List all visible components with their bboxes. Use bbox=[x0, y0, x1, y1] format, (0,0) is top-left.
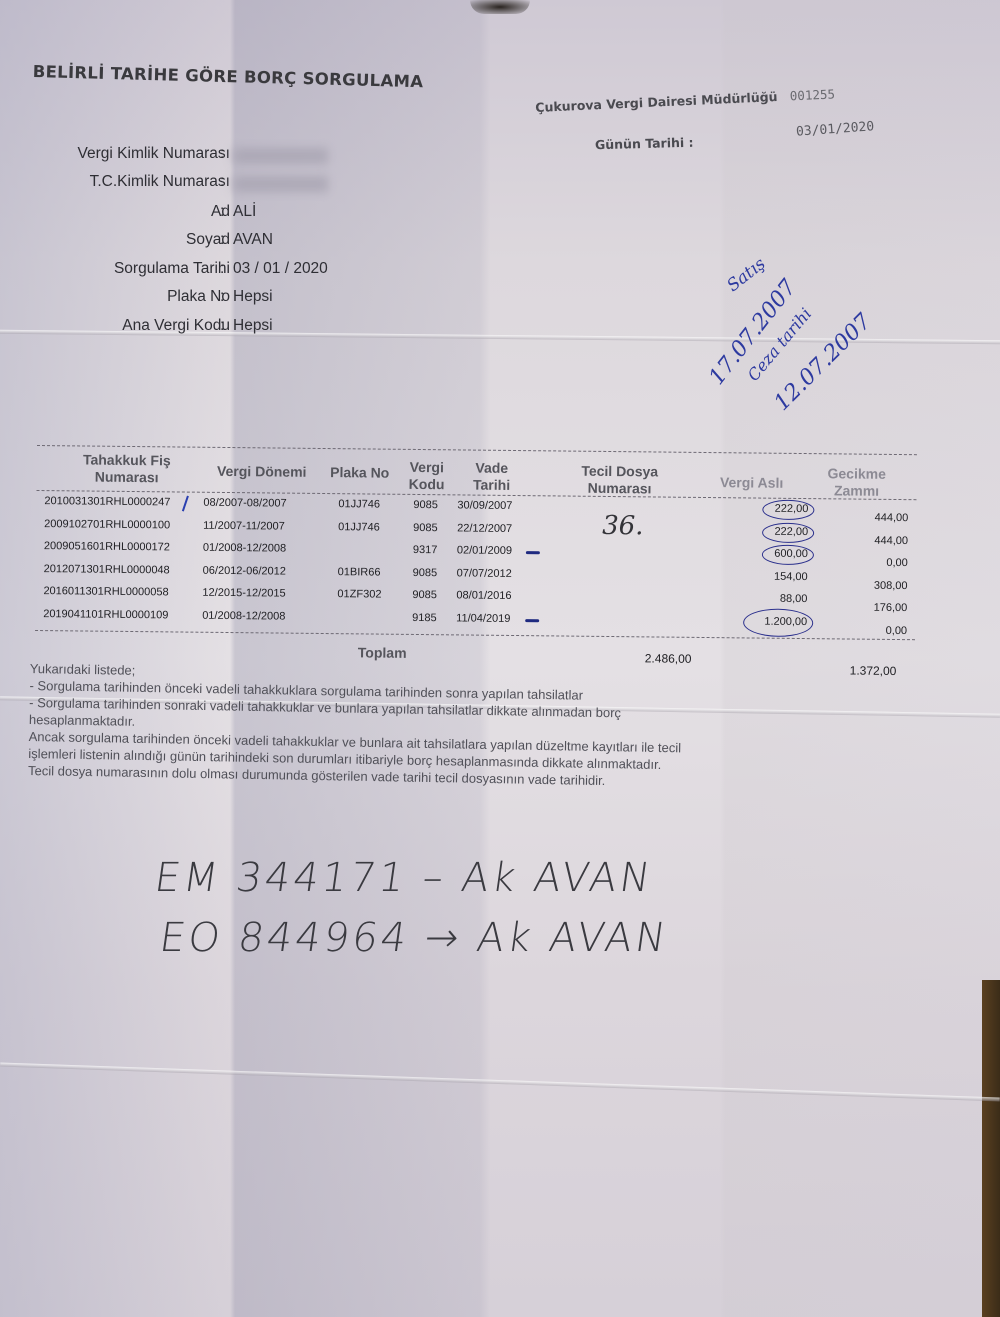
header-vade-line1: Vade bbox=[457, 459, 527, 477]
header-kod: VergiKodu bbox=[397, 459, 457, 494]
info-row: Plaka No:Hepsi bbox=[20, 288, 420, 312]
finger-shadow bbox=[470, 0, 530, 14]
header-plaka: Plaka No bbox=[320, 464, 400, 482]
cell-donem: 01/2008-12/2008 bbox=[203, 542, 286, 555]
cell-donem: 06/2012-06/2012 bbox=[203, 564, 286, 577]
cell-zam: 444,00 bbox=[875, 512, 909, 524]
header-vade: VadeTarihi bbox=[457, 459, 527, 494]
plate-number: EO 844964 bbox=[157, 915, 413, 961]
cell-fis-no: 2019041101RHL0000109 bbox=[43, 608, 168, 621]
pen-dash-mark bbox=[525, 619, 539, 622]
background-edge bbox=[982, 980, 1000, 1317]
cell-donem: 11/2007-11/2007 bbox=[203, 519, 285, 532]
total-vergi-asli: 2.486,00 bbox=[645, 651, 692, 665]
header-zam-line1: Gecikme bbox=[812, 465, 902, 483]
cell-vade: 02/01/2009 bbox=[457, 544, 512, 557]
info-row: Sorgulama Tarihi:03 / 01 / 2020 bbox=[20, 260, 420, 284]
header-vade-line2: Tarihi bbox=[457, 476, 527, 494]
handwritten-tecil-number: 36. bbox=[602, 511, 644, 541]
info-value: 03 / 01 / 2020 bbox=[233, 260, 328, 278]
separator: → bbox=[422, 915, 465, 961]
header-donem: Vergi Dönemi bbox=[202, 463, 322, 481]
info-row: T.C.Kimlik Numarası: bbox=[20, 173, 420, 197]
cell-vade: 08/01/2016 bbox=[456, 589, 511, 602]
cell-asli: 154,00 bbox=[774, 570, 808, 582]
notes-section: Yukarıdaki listede;- Sorgulama tarihinde… bbox=[28, 660, 910, 794]
cell-plaka: 01ZF302 bbox=[337, 588, 381, 600]
cell-asli: 88,00 bbox=[780, 593, 808, 605]
info-value: Hepsi bbox=[233, 317, 273, 335]
info-colon: : bbox=[220, 203, 224, 221]
cell-plaka: 01BIR66 bbox=[338, 566, 381, 578]
cell-plaka: 01JJ746 bbox=[338, 521, 380, 533]
header-fis-no-line2: Numarası bbox=[47, 468, 207, 487]
header-asli: Vergi Aslı bbox=[707, 474, 797, 492]
handwritten-plate-line: EM 344171 – Ak AVAN bbox=[152, 855, 656, 901]
info-row: Ad:ALİ bbox=[20, 203, 420, 227]
header-tecil-line1: Tecil Dosya bbox=[555, 462, 685, 480]
redacted-value bbox=[233, 176, 328, 192]
pen-circle-mark bbox=[743, 608, 813, 637]
header-kod-line2: Kodu bbox=[397, 476, 457, 494]
pen-circle-mark bbox=[762, 500, 814, 521]
cell-fis-no: 2009051601RHL0000172 bbox=[44, 540, 170, 553]
todays-date-label: Günün Tarihi : bbox=[595, 135, 694, 153]
info-colon: : bbox=[220, 317, 224, 335]
cell-fis-no: 2016011301RHL0000058 bbox=[43, 585, 168, 598]
info-colon: : bbox=[220, 288, 224, 306]
owner-name: Ak AVAN bbox=[458, 855, 656, 901]
cell-donem: 12/2015-12/2015 bbox=[202, 587, 285, 600]
info-value: AVAN bbox=[233, 231, 273, 249]
cell-vade: 11/04/2019 bbox=[456, 612, 510, 625]
cell-zam: 0,00 bbox=[886, 624, 908, 636]
cell-zam: 444,00 bbox=[874, 534, 908, 546]
pen-circle-mark bbox=[762, 545, 814, 566]
separator: – bbox=[420, 855, 449, 901]
info-label: Vergi Kimlik Numarası bbox=[78, 145, 230, 163]
cell-vade: 07/07/2012 bbox=[457, 567, 512, 580]
info-row: Vergi Kimlik Numarası: bbox=[20, 145, 420, 169]
cell-kod: 9317 bbox=[413, 544, 438, 556]
cell-vade: 22/12/2007 bbox=[457, 522, 512, 535]
cell-fis-no: 2012071301RHL0000048 bbox=[44, 563, 170, 576]
cell-kod: 9085 bbox=[413, 566, 438, 578]
handwritten-plate-line: EO 844964 → Ak AVAN bbox=[157, 915, 672, 961]
cell-kod: 9185 bbox=[412, 611, 437, 623]
header-fis-no-line1: Tahakkuk Fiş bbox=[47, 451, 207, 470]
info-value: Hepsi bbox=[233, 288, 273, 306]
cell-zam: 176,00 bbox=[874, 602, 908, 614]
pen-dash-mark bbox=[526, 551, 540, 554]
plate-number: EM 344171 bbox=[152, 855, 411, 901]
info-colon: : bbox=[220, 231, 224, 249]
pen-circle-mark bbox=[762, 522, 814, 543]
header-fis-no: Tahakkuk FişNumarası bbox=[47, 451, 207, 487]
cell-kod: 9085 bbox=[413, 521, 438, 533]
cell-kod: 9085 bbox=[412, 589, 437, 601]
paper-background bbox=[0, 0, 1000, 1317]
info-row: Soyad:AVAN bbox=[20, 231, 420, 255]
header-kod-line1: Vergi bbox=[397, 459, 457, 477]
owner-name: Ak AVAN bbox=[474, 915, 672, 961]
info-label: Sorgulama Tarihi bbox=[114, 260, 230, 278]
cell-zam: 0,00 bbox=[886, 557, 908, 569]
cell-fis-no: 2009102701RHL0000100 bbox=[44, 518, 170, 531]
info-colon: : bbox=[220, 260, 224, 278]
cell-donem: 08/2007-08/2007 bbox=[203, 497, 286, 510]
info-colon: : bbox=[220, 145, 224, 163]
cell-kod: 9085 bbox=[413, 499, 438, 511]
header-tecil: Tecil DosyaNumarası bbox=[554, 462, 684, 497]
info-row: Ana Vergi Kodu:Hepsi bbox=[20, 317, 420, 341]
info-colon: : bbox=[220, 173, 224, 191]
info-label: T.C.Kimlik Numarası bbox=[90, 173, 230, 191]
cell-fis-no: 2010031301RHL0000247 bbox=[44, 495, 170, 508]
info-value: ALİ bbox=[233, 203, 256, 221]
header-zam: GecikmeZammı bbox=[811, 465, 901, 500]
cell-donem: 01/2008-12/2008 bbox=[202, 609, 285, 622]
total-label: Toplam bbox=[358, 644, 407, 661]
cell-zam: 308,00 bbox=[874, 579, 908, 591]
info-label: Ana Vergi Kodu bbox=[122, 317, 230, 335]
tax-office-code: 001255 bbox=[789, 86, 835, 103]
cell-plaka: 01JJ746 bbox=[338, 498, 380, 510]
cell-vade: 30/09/2007 bbox=[457, 499, 512, 512]
redacted-value bbox=[233, 148, 328, 164]
